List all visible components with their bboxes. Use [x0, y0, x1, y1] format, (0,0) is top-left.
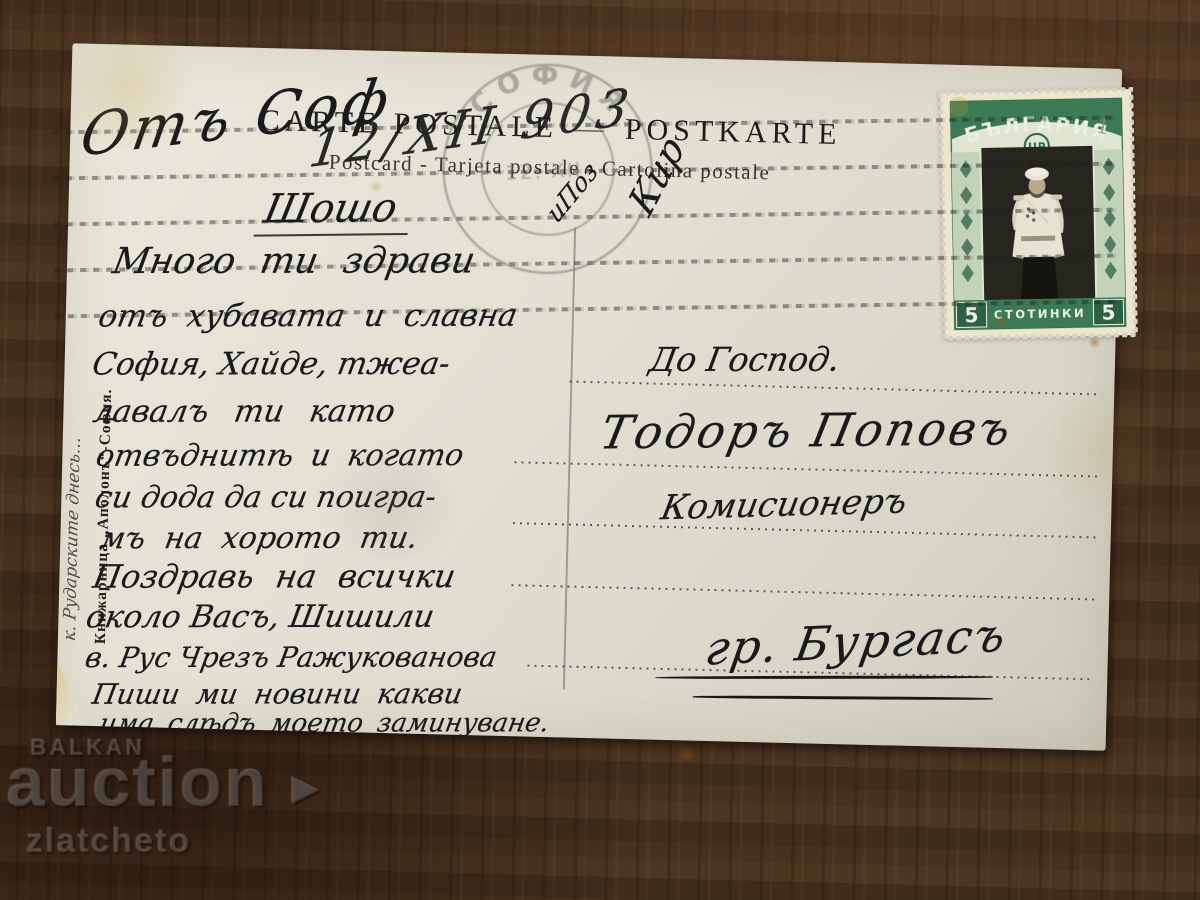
stamp-value-left: 5 [964, 303, 978, 327]
rust-spot [677, 746, 697, 762]
address-underline-flourish [693, 695, 993, 700]
photo-scene: BALKAN auction ▶ zlatcheto CARTE POSTALE… [0, 0, 1200, 900]
message-line: мъ на хорото ти. [97, 521, 420, 557]
rust-spot [1087, 336, 1101, 348]
centre-divider-line [563, 228, 576, 690]
vertical-handwritten-note: к. Рударските днесь… [60, 229, 90, 642]
message-line: Поздравь на всички [90, 557, 458, 596]
message-salutation: Шошо [253, 185, 417, 237]
message-line: си дода да си поигра- [92, 480, 438, 516]
message-line: София, Хайде, тжеа- [90, 346, 453, 383]
message-line: има слѣдъ моето заминуване. [97, 708, 551, 739]
postcard: CARTE POSTALE—POSTKARTE Postcard - Tarje… [56, 43, 1122, 750]
message-line: в. Рус Чрезъ Ражукованова [83, 640, 500, 674]
address-rule-4 [511, 584, 1096, 600]
address-city: гр. Бургасъ [702, 608, 1012, 676]
address-underline-flourish [655, 676, 993, 680]
address-rule-3 [513, 522, 1098, 538]
stamp-value-right: 5 [1101, 300, 1115, 324]
watermark-zlatcheto: zlatcheto [26, 822, 191, 861]
message-line: лавалъ ти като [90, 393, 398, 430]
stamp-value-text: СТОТИНКИ [994, 306, 1086, 322]
message-line: Много ти здрави [110, 240, 479, 282]
address-occupation: Комисионеръ [658, 481, 911, 528]
message-line: отвъднитѣ и когато [93, 438, 466, 474]
message-line: отъ хубавата и славна [96, 298, 520, 335]
message-line: около Васъ, Шишили [83, 599, 437, 636]
address-recipient-title: До Господ. [647, 340, 844, 379]
watermark-play-icon: ▶ [292, 768, 318, 808]
watermark-auction: auction [6, 742, 269, 822]
message-line: Пиши ми новини какви [90, 677, 465, 711]
address-rule-1 [569, 381, 1101, 396]
address-recipient-name: Тодоръ Поповъ [596, 401, 1018, 459]
address-rule-2 [514, 461, 1099, 477]
